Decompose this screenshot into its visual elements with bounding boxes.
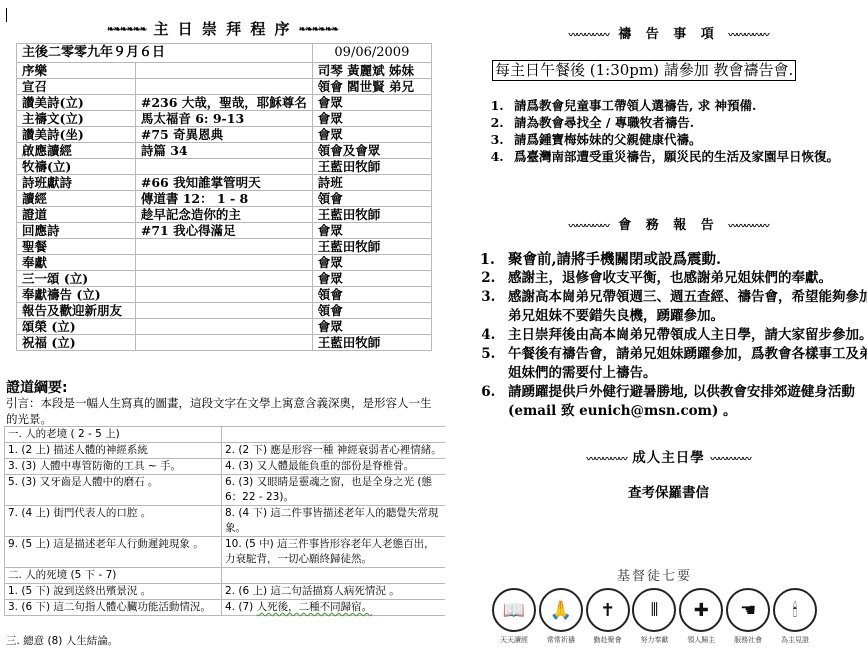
- seven-christian-essentials: 基督徒七要 📖天天讀經🙏常常祈禱✝勤赴聚會⦀努力奉獻✚領人歸主☚服務社會🕯為主見…: [492, 565, 817, 645]
- essential-label: 天天讀經: [492, 635, 536, 645]
- program-row: 讚美詩(坐) #75 奇異恩典會眾: [17, 127, 432, 143]
- program-item: 奉獻: [17, 255, 136, 271]
- program-detail: [135, 63, 312, 79]
- date-chinese: 主後二零零九年９月６日: [17, 44, 313, 63]
- program-row: 讀經傳道書 12： 1 - 8領會: [17, 191, 432, 207]
- program-detail: [135, 255, 312, 271]
- program-item: 主禱文(立): [17, 111, 136, 127]
- outline-row: 3. (6 下) 這二句指人體心臟功能活動情況。4. (7) 人死後，二種不同歸…: [5, 600, 446, 616]
- program-row: 序樂司琴 黃麗斌 姊妹: [17, 63, 432, 79]
- flourish-right-icon: 〰〰〰〰〰: [710, 455, 750, 465]
- essential-label: 為主見證: [773, 635, 817, 645]
- essential-item: ⦀努力奉獻: [632, 588, 676, 645]
- outline-right-cell: 10. (5 中) 這三件事皆形容老年人老態百出，力衰駝背，一切心願終歸徒然。: [222, 537, 446, 568]
- outline-row: 7. (4 上) 街門代表人的口腔 。 8. (4 下) 這二件事皆描述老年人的…: [5, 506, 446, 537]
- program-item: 奉獻禱告 (立): [17, 287, 136, 303]
- program-row: 主禱文(立)馬太福音 6: 9-13會眾: [17, 111, 432, 127]
- outline-right-cell: 6. (3) 又眼睛是靈魂之窗，也是全身之光 (態 6：22 - 23)。: [222, 475, 446, 506]
- program-item: 序樂: [17, 63, 136, 79]
- program-leader: 會眾: [312, 111, 431, 127]
- outline-row: 二. 人的死境 (5 下 - 7): [5, 568, 446, 584]
- essential-symbol-icon: 🕯: [773, 588, 817, 632]
- program-item: 聖餐: [17, 239, 136, 255]
- program-item: 讀經: [17, 191, 136, 207]
- essential-symbol-icon: ✚: [679, 588, 723, 632]
- essential-label: 領人歸主: [679, 635, 723, 645]
- program-item: 祝福 (立): [17, 335, 136, 351]
- outline-row: 5. (3) 又牙齒是人體中的磨石 。6. (3) 又眼睛是靈魂之窗，也是全身之…: [5, 475, 446, 506]
- program-row: 證道趁早記念造你的主王藍田牧師: [17, 207, 432, 223]
- program-row: 奉獻會眾: [17, 255, 432, 271]
- program-item: 牧禱(立): [17, 159, 136, 175]
- essential-item: 📖天天讀經: [492, 588, 536, 645]
- prayer-list: 請爲教會兒童事工帶領人選禱告, 求 神預備.請為教會尋找全 / 專職牧者禱告.請…: [488, 97, 867, 165]
- right-page: 〰〰〰〰〰 禱 告 事 項 〰〰〰〰〰 每主日午餐後 (1:30pm) 請參加 …: [470, 0, 867, 666]
- program-leader: 領會: [312, 287, 431, 303]
- program-row: 奉獻禱告 (立)領會: [17, 287, 432, 303]
- outline-row: 1. (5 下) 說到送終出殯景況 。2. (6 上) 這二句話描寫人病死情況 …: [5, 584, 446, 600]
- program-item: 詩班獻詩: [17, 175, 136, 191]
- announcement-item: 聚會前,請將手機關閉或設爲震動.: [500, 250, 867, 269]
- program-row: 讚美詩(立)#236 大哉，聖哉，耶穌尊名會眾: [17, 95, 432, 111]
- program-detail: #71 我心得滿足: [135, 223, 312, 239]
- outline-left-cell: 3. (6 下) 這二句指人體心臟功能活動情況。: [5, 600, 222, 616]
- worship-program-title: 主 日 崇 拜 程 序: [153, 20, 291, 38]
- program-leader: 會眾: [312, 319, 431, 335]
- program-leader: 領會 閻世賢 弟兄: [312, 79, 431, 95]
- left-page: ❧❧❧❧❧❧ 主 日 崇 拜 程 序 ❧❧❧❧❧❧ 主後二零零九年９月６日 09…: [0, 0, 445, 666]
- worship-program-table: 主後二零零九年９月６日 09/06/2009 序樂司琴 黃麗斌 姊妹宣召領會 閻…: [16, 43, 432, 351]
- prayer-item: 爲臺灣南部遭受重災禱告，願災民的生活及家園早日恢復。: [508, 148, 867, 165]
- program-leader: 會眾: [312, 223, 431, 239]
- program-detail: 詩篇 34: [135, 143, 312, 159]
- prayer-item: 請爲鍾寶梅姊妹的父親健康代禱。: [508, 131, 867, 148]
- date-numeric: 09/06/2009: [312, 44, 431, 63]
- program-item: 讚美詩(立): [17, 95, 136, 111]
- flourish-left-icon: ❧❧❧❧❧❧: [107, 25, 146, 35]
- essential-label: 常常祈禱: [539, 635, 583, 645]
- outline-right-cell: 2. (6 上) 這二句話描寫人病死情況 。: [222, 584, 446, 600]
- program-leader: 王藍田牧師: [312, 239, 431, 255]
- outline-right-cell: 2. (2 下) 應是形容一種 神經衰弱者心裡情緒。: [222, 443, 446, 459]
- outline-left-cell: 1. (5 下) 說到送終出殯景況 。: [5, 584, 222, 600]
- announcements-list: 聚會前,請將手機關閉或設爲震動.感謝主，退修會收支平衡，也感謝弟兄姐妹們的奉獻。…: [480, 250, 867, 421]
- prayer-item: 請爲教會兒童事工帶領人選禱告, 求 神預備.: [508, 97, 867, 114]
- essential-item: ✝勤赴聚會: [586, 588, 630, 645]
- prayer-title: 禱 告 事 項: [618, 27, 719, 42]
- seven-essentials-icons: 📖天天讀經🙏常常祈禱✝勤赴聚會⦀努力奉獻✚領人歸主☚服務社會🕯為主見證: [492, 588, 817, 645]
- program-item: 報告及歡迎新朋友: [17, 303, 136, 319]
- sunday-school-text: 查考保羅書信: [470, 481, 867, 501]
- worship-program-heading: ❧❧❧❧❧❧ 主 日 崇 拜 程 序 ❧❧❧❧❧❧: [0, 18, 445, 39]
- program-detail: [135, 239, 312, 255]
- outline-left-cell: 7. (4 上) 街門代表人的口腔 。: [5, 506, 222, 537]
- essential-symbol-icon: ✝: [586, 588, 630, 632]
- prayer-heading: 〰〰〰〰〰 禱 告 事 項 〰〰〰〰〰: [470, 23, 867, 42]
- program-item: 三一頌 (立): [17, 271, 136, 287]
- outline-right-cell: [222, 427, 446, 443]
- program-item: 頌榮 (立): [17, 319, 136, 335]
- program-row: 詩班獻詩#66 我知誰掌管明天詩班: [17, 175, 432, 191]
- program-row: 牧禱(立)王藍田牧師: [17, 159, 432, 175]
- outline-right-cell: [222, 568, 446, 584]
- essential-symbol-icon: ⦀: [632, 588, 676, 632]
- flourish-right-icon: ❧❧❧❧❧❧: [299, 25, 338, 35]
- program-leader: 司琴 黃麗斌 姊妹: [312, 63, 431, 79]
- announcement-item: 請踴躍提供戶外健行避暑勝地, 以供教會安排郊遊健身活動(email 致 euni…: [500, 383, 867, 421]
- program-row: 回應詩#71 我心得滿足會眾: [17, 223, 432, 239]
- program-item: 啟應讀經: [17, 143, 136, 159]
- program-leader: 會眾: [312, 95, 431, 111]
- flourish-right-icon: 〰〰〰〰〰: [728, 222, 768, 232]
- prayer-meeting-notice: 每主日午餐後 (1:30pm) 請參加 教會禱告會.: [492, 60, 796, 81]
- outline-left-cell: 3. (3) 人體中專管防衛的工具 ~ 手。: [5, 459, 222, 475]
- program-leader: 領會及會眾: [312, 143, 431, 159]
- outline-left-cell: 9. (5 上) 這是描述老年人行動遲鈍現象 。: [5, 537, 222, 568]
- program-detail: [135, 335, 312, 351]
- outline-row: 9. (5 上) 這是描述老年人行動遲鈍現象 。10. (5 中) 這三件事皆形…: [5, 537, 446, 568]
- program-row: 祝福 (立)王藍田牧師: [17, 335, 432, 351]
- outline-left-cell: 5. (3) 又牙齒是人體中的磨石 。: [5, 475, 222, 506]
- program-leader: 會眾: [312, 127, 431, 143]
- sunday-school-title: 成人主日學: [632, 450, 705, 466]
- outline-row: 一. 人的老境 ( 2 - 5 上): [5, 427, 446, 443]
- program-detail: [135, 303, 312, 319]
- sunday-school-heading: 〰〰〰〰〰 成人主日學 〰〰〰〰〰: [470, 446, 867, 466]
- essential-symbol-icon: 🙏: [539, 588, 583, 632]
- prayer-item: 請為教會尋找全 / 專職牧者禱告.: [508, 114, 867, 131]
- outline-right-cell: 4. (3) 又人體最能負重的部份是脊椎骨。: [222, 459, 446, 475]
- program-leader: 會眾: [312, 271, 431, 287]
- program-row: 報告及歡迎新朋友領會: [17, 303, 432, 319]
- program-leader: 詩班: [312, 175, 431, 191]
- program-leader: 王藍田牧師: [312, 335, 431, 351]
- essential-item: 🕯為主見證: [773, 588, 817, 645]
- outline-left-cell: 一. 人的老境 ( 2 - 5 上): [5, 427, 222, 443]
- outline-left-cell: 1. (2 上) 描述人體的神經系統: [5, 443, 222, 459]
- essential-symbol-icon: ☚: [726, 588, 770, 632]
- essential-item: ☚服務社會: [726, 588, 770, 645]
- essential-item: 🙏常常祈禱: [539, 588, 583, 645]
- essential-label: 服務社會: [726, 635, 770, 645]
- program-item: 回應詩: [17, 223, 136, 239]
- program-date-row: 主後二零零九年９月６日 09/06/2009: [17, 44, 432, 63]
- program-detail: 馬太福音 6: 9-13: [135, 111, 312, 127]
- outline-row: 3. (3) 人體中專管防衛的工具 ~ 手。4. (3) 又人體最能負重的部份是…: [5, 459, 446, 475]
- program-detail: 趁早記念造你的主: [135, 207, 312, 223]
- program-row: 三一頌 (立)會眾: [17, 271, 432, 287]
- program-row: 頌榮 (立)會眾: [17, 319, 432, 335]
- program-detail: [135, 79, 312, 95]
- announcement-item: 主日崇拜後由高本崗弟兄帶領成人主日學，請大家留步參加。: [500, 326, 867, 345]
- outline-row: 1. (2 上) 描述人體的神經系統2. (2 下) 應是形容一種 神經衰弱者心…: [5, 443, 446, 459]
- flourish-right-icon: 〰〰〰〰〰: [728, 31, 768, 41]
- flourish-left-icon: 〰〰〰〰〰: [569, 222, 609, 232]
- announcement-item: 感謝高本崗弟兄帶領週三、週五查經、禱告會，希望能夠參加的弟兄姐妹不要錯失良機，踴…: [500, 288, 867, 326]
- sermon-outline-table: 一. 人的老境 ( 2 - 5 上)1. (2 上) 描述人體的神經系統2. (…: [4, 426, 445, 616]
- announcement-item: 午餐後有禱告會，請弟兄姐妹踴躍參加，爲教會各樣事工及弟兄姐妹們的需要付上禱告。: [500, 345, 867, 383]
- program-detail: [135, 287, 312, 303]
- flourish-left-icon: 〰〰〰〰〰: [587, 455, 627, 465]
- program-row: 啟應讀經詩篇 34領會及會眾: [17, 143, 432, 159]
- flourish-left-icon: 〰〰〰〰〰: [569, 31, 609, 41]
- sermon-outline-title: 證道綱要:: [6, 377, 68, 397]
- sermon-intro: 引言：本段是一幅人生寫真的圖畫，這段文字在文學上寓意含義深奧，是形容人一生的光景…: [6, 395, 436, 427]
- program-leader: 領會: [312, 191, 431, 207]
- program-leader: 會眾: [312, 255, 431, 271]
- news-title: 會 務 報 告: [618, 218, 719, 233]
- program-item: 證道: [17, 207, 136, 223]
- essential-label: 勤赴聚會: [586, 635, 630, 645]
- spellcheck-underlined-text: 人死後，二種不同歸宿。: [257, 601, 373, 613]
- seven-essentials-title: 基督徒七要: [492, 565, 817, 584]
- essential-label: 努力奉獻: [632, 635, 676, 645]
- sermon-conclusion: 三. 總意 (8) 人生結論。: [6, 633, 118, 648]
- program-row: 聖餐王藍田牧師: [17, 239, 432, 255]
- program-detail: 傳道書 12： 1 - 8: [135, 191, 312, 207]
- essential-symbol-icon: 📖: [492, 588, 536, 632]
- program-leader: 王藍田牧師: [312, 159, 431, 175]
- program-detail: [135, 271, 312, 287]
- program-row: 宣召領會 閻世賢 弟兄: [17, 79, 432, 95]
- outline-prefix: 4. (7): [225, 601, 257, 613]
- program-detail: #66 我知誰掌管明天: [135, 175, 312, 191]
- program-leader: 領會: [312, 303, 431, 319]
- outline-left-cell: 二. 人的死境 (5 下 - 7): [5, 568, 222, 584]
- program-detail: [135, 319, 312, 335]
- program-item: 宣召: [17, 79, 136, 95]
- announcement-item: 感謝主，退修會收支平衡，也感謝弟兄姐妹們的奉獻。: [500, 269, 867, 288]
- outline-right-cell: 4. (7) 人死後，二種不同歸宿。: [222, 600, 446, 616]
- news-heading: 〰〰〰〰〰 會 務 報 告 〰〰〰〰〰: [470, 214, 867, 233]
- program-item: 讚美詩(坐): [17, 127, 136, 143]
- program-leader: 王藍田牧師: [312, 207, 431, 223]
- outline-right-cell: 8. (4 下) 這二件事皆描述老年人的聽覺失常現象。: [222, 506, 446, 537]
- program-detail: #236 大哉，聖哉，耶穌尊名: [135, 95, 312, 111]
- essential-item: ✚領人歸主: [679, 588, 723, 645]
- program-detail: #75 奇異恩典: [135, 127, 312, 143]
- program-detail: [135, 159, 312, 175]
